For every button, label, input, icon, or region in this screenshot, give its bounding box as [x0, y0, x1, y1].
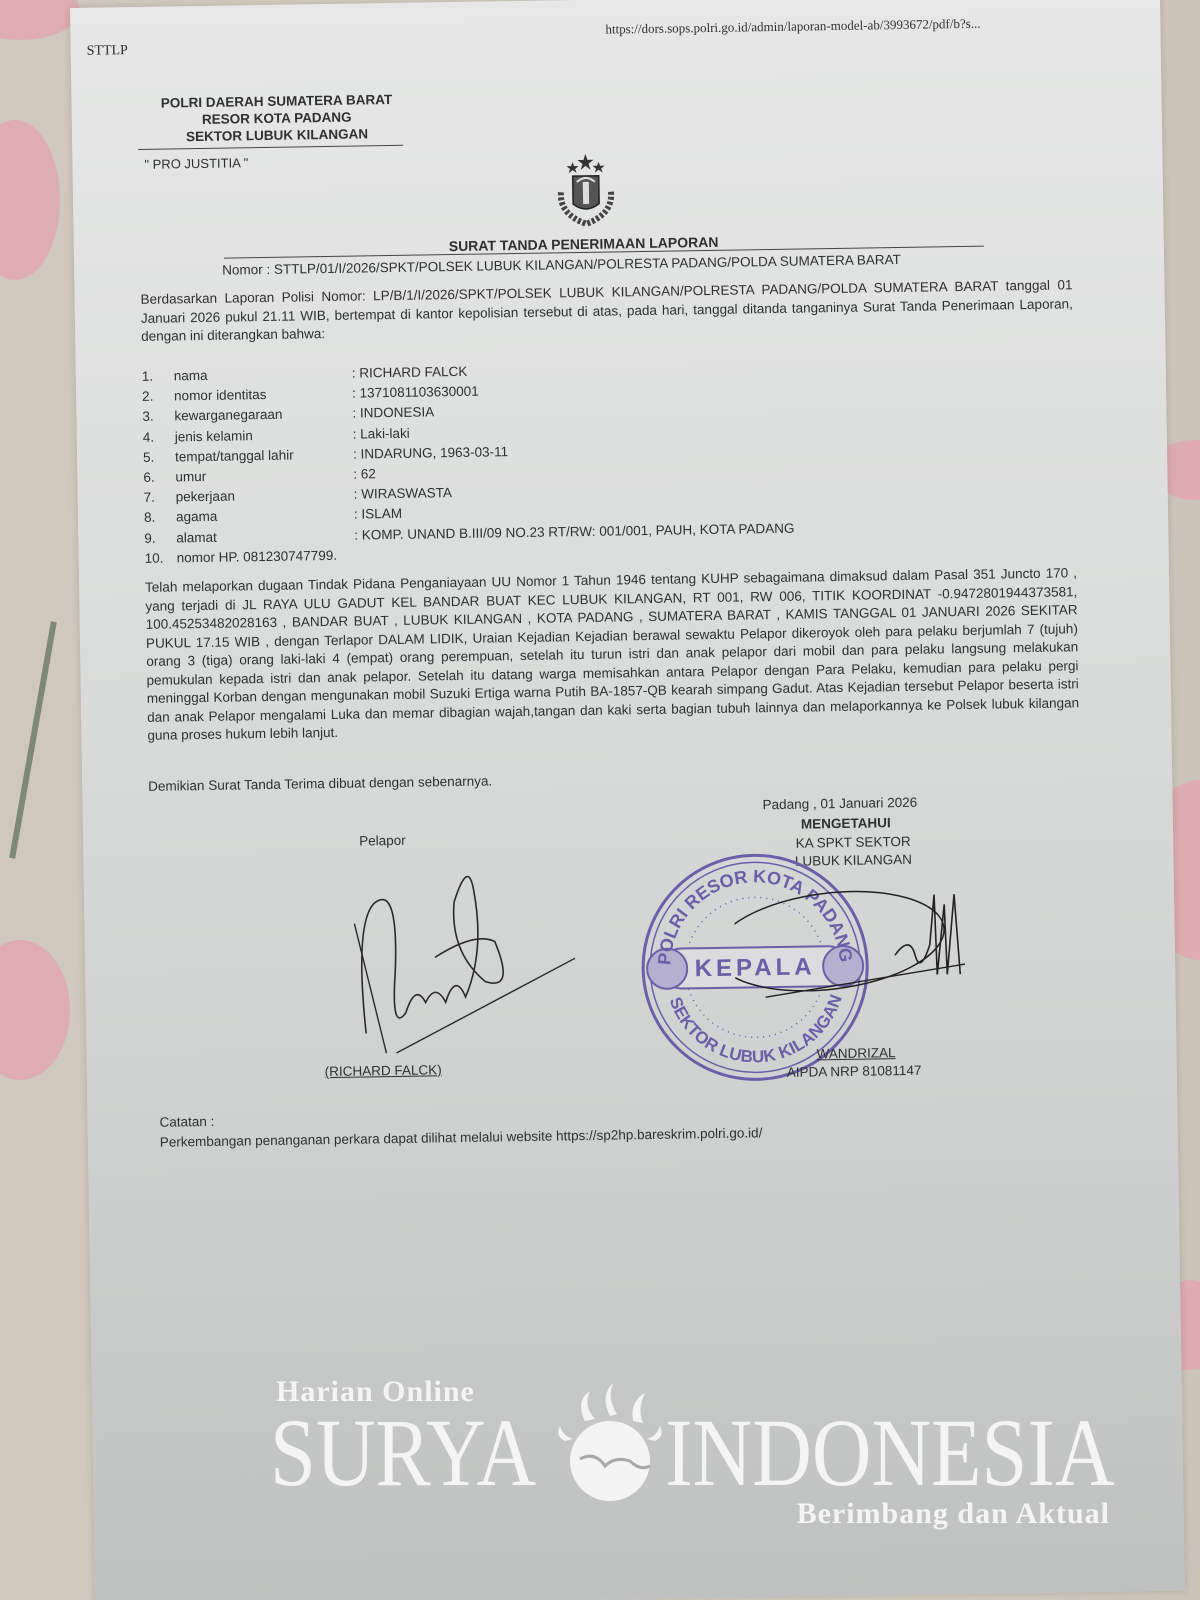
place-date: Padang , 01 Januari 2026: [762, 795, 917, 812]
watermark-tagline: Berimbang dan Aktual: [797, 1497, 1110, 1531]
print-url: https://dors.sops.polri.go.id/admin/lapo…: [605, 16, 980, 38]
notes-label: Catatan :: [159, 1114, 214, 1130]
reporter-name: (RICHARD FALCK): [325, 1062, 442, 1079]
officer-name: WANDRIZAL: [816, 1045, 895, 1061]
police-report-document: STTLP https://dors.sops.polri.go.id/admi…: [70, 0, 1185, 1600]
reporter-identity-list: 1.nama: RICHARD FALCK 2.nomor identitas:…: [142, 369, 145, 571]
report-body-paragraph: Telah melaporkan dugaan Tindak Pidana Pe…: [145, 564, 1080, 745]
background-flower: [0, 120, 60, 280]
closing-statement: Demikian Surat Tanda Terima dibuat denga…: [148, 773, 492, 793]
pro-justitia-label: " PRO JUSTITIA ": [144, 155, 248, 172]
officer-signature: [734, 884, 966, 1008]
news-watermark: Harian Online SURYAINDONESIA Berimbang d…: [270, 1375, 1130, 1545]
document-code: STTLP: [87, 43, 128, 60]
watermark-brand: SURYAINDONESIA: [270, 1405, 1115, 1501]
polri-emblem-icon: [550, 151, 621, 232]
background-flower: [0, 0, 80, 40]
institution-header: POLRI DAERAH SUMATERA BARAT RESOR KOTA P…: [141, 91, 412, 146]
background-flower: [0, 940, 70, 1080]
reporter-signature: [283, 860, 576, 1065]
acknowledged-label: MENGETAHUI: [801, 815, 891, 831]
sun-archipelago-icon: [555, 1381, 665, 1506]
notes-text: Perkembangan penanganan perkara dapat di…: [160, 1125, 763, 1149]
background-stem: [9, 621, 57, 858]
reporter-label: Pelapor: [359, 833, 406, 849]
officer-rank-nrp: AIPDA NRP 81081147: [787, 1063, 922, 1080]
header-divider: [138, 145, 403, 150]
institution-line: SEKTOR LUBUK KILANGAN: [142, 125, 412, 146]
intro-paragraph: Berdasarkan Laporan Polisi Nomor: LP/B/1…: [140, 276, 1073, 346]
